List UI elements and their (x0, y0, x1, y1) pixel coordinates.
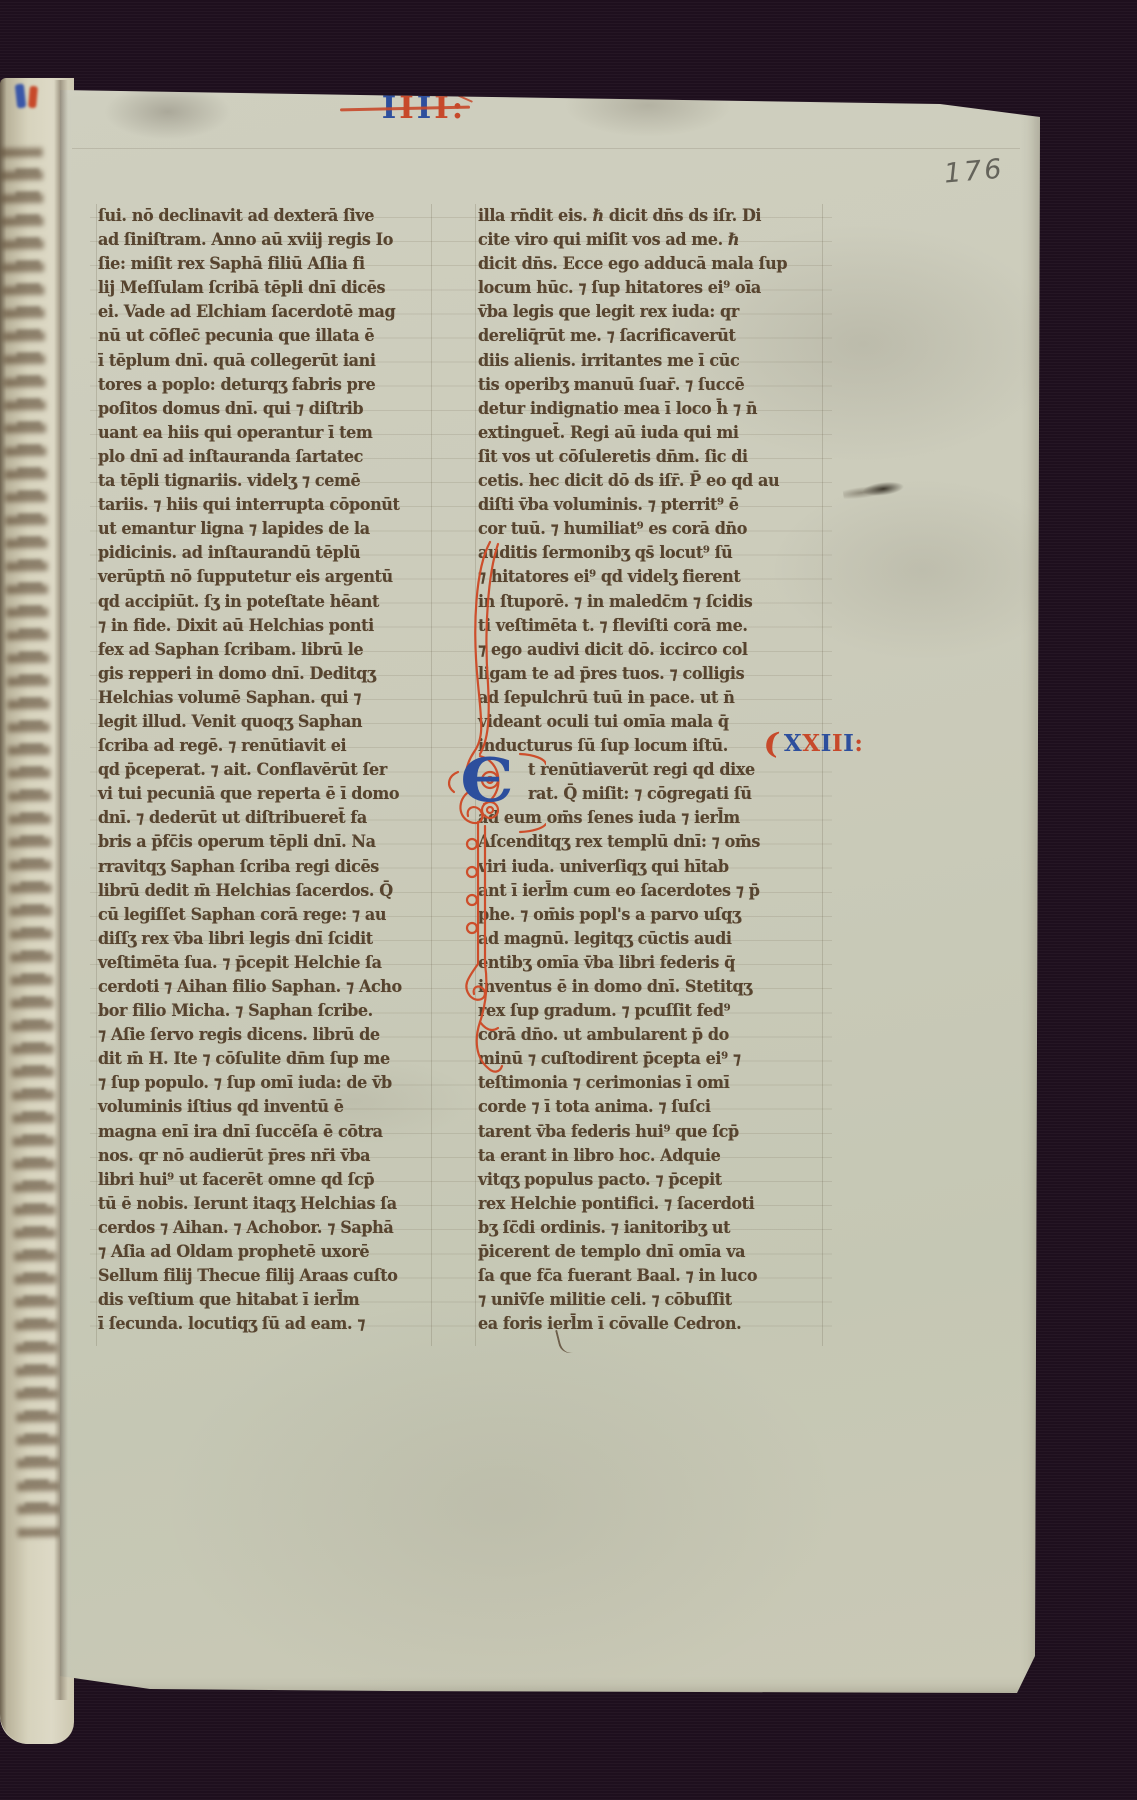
manuscript-line: v̄ba legis que legit rex iuda: qr (478, 300, 826, 325)
manuscript-line: qd accipiūt. ſʒ in poteſtate hēant (98, 589, 440, 614)
manuscript-line: diſti v̄ba voluminis. ⁊ pterrit⁹ ē (478, 493, 826, 518)
manuscript-line: vitqʒ populus pacto. ⁊ p̄cepit (478, 1167, 826, 1192)
manuscript-line: bris a p̄fc̄is operum tēpli dnī. Na (98, 830, 440, 855)
manuscript-line: lij Meſſulam ſcribā tēpli dnī dicēs (98, 276, 440, 301)
illuminated-initial-E: Є (450, 748, 524, 818)
manuscript-line: gis repperi in domo dnī. Deditqʒ (98, 661, 440, 686)
manuscript-line: tū ē nobis. Ierunt itaqʒ Helchias ſa (98, 1191, 440, 1216)
manuscript-line: ta erant in libro hoc. Adquie (478, 1143, 826, 1168)
folio-number: 176 (943, 153, 1006, 189)
manuscript-line: nū ut cōflec̄ pecunia que illata ē (98, 324, 440, 349)
manuscript-line: dnī. ⁊ dederūt ut diſtribueret̄ fa (98, 806, 440, 831)
manuscript-line: cerdoti ⁊ Aihan filio Saphan. ⁊ Acho (98, 975, 440, 1000)
manuscript-line: ⁊ ſup populo. ⁊ ſup omī iuda: de v̄b (98, 1071, 440, 1096)
manuscript-line: ad ſiniſtram. Anno aū xviij regis Io (98, 228, 440, 253)
manuscript-line: voluminis iſtius qd inventū ē (98, 1095, 440, 1120)
chapter-letter: X (784, 730, 802, 757)
chapter-letter: I (821, 730, 832, 757)
manuscript-line: ſie: miſit rex Saphā filiū Aſlia fi (98, 252, 440, 277)
manuscript-line: ⁊ Aſie ſervo regis dicens. librū de (98, 1023, 440, 1048)
manuscript-line: tariis. ⁊ hiis qui interrupta cōponūt (98, 493, 440, 518)
manuscript-line: dis veſtium que hitabat ī ierl̄m (98, 1288, 440, 1313)
manuscript-line: Sellum filij Thecue filij Araas cuſto (98, 1264, 440, 1289)
manuscript-line: bor filio Micha. ⁊ Saphan ſcribe. (98, 999, 440, 1024)
manuscript-line: diſſʒ rex v̄ba libri legis dnī ſcidit (98, 926, 440, 951)
manuscript-line: illa rn̄dit eis. ℏ dicit dn̄s ds iſr. Di (478, 204, 826, 229)
manuscript-line: locum hūc. ⁊ ſup hitatores ei⁹ oīa (478, 276, 826, 301)
manuscript-line: bʒ ſc̄di ordinis. ⁊ ianitoribʒ ut (478, 1216, 826, 1241)
chapter-numeral-letters: XXIII: (775, 730, 863, 757)
manuscript-line: plo dnī ad inſtauranda ſartatec (98, 445, 440, 470)
manuscript-line: cerdos ⁊ Aihan. ⁊ Achobor. ⁊ Saphā (98, 1216, 440, 1241)
previous-page-header-fragment (16, 84, 50, 112)
manuscript-line: poſitos domus dnī. qui ⁊ diſtrib (98, 396, 440, 421)
manuscript-photo: IIII: 176 ſui. nō declinavit ad dexterā … (0, 0, 1137, 1800)
manuscript-line: nos. qr nō audierūt p̄res nr̄i v̄ba (98, 1143, 440, 1168)
chapter-numeral-xxiii: ( XXIII: (766, 730, 863, 757)
top-margin-ruling (72, 148, 1020, 149)
manuscript-line: ſui. nō declinavit ad dexterā ſive (98, 204, 440, 229)
text-column-left: ſui. nō declinavit ad dexterā ſivead ſin… (98, 204, 440, 1336)
running-header: IIII: (344, 88, 504, 128)
manuscript-line: ⁊ Aſia ad Oldam prophetē uxorē (98, 1240, 440, 1265)
manuscript-line: ſcriba ad regē. ⁊ renūtiavit ei (98, 734, 440, 759)
manuscript-line: ⁊ in fide. Dixit aū Helchias ponti (98, 613, 440, 638)
manuscript-line: rravitqʒ Saphan ſcriba regi dicēs (98, 854, 440, 879)
manuscript-line: ta tēpli tignariis. videlʒ ⁊ cemē (98, 469, 440, 494)
manuscript-line: rex Helchie pontifici. ⁊ ſacerdoti (478, 1191, 826, 1216)
manuscript-line: detur indignatio mea ī loco h̄ ⁊ n̄ (478, 396, 826, 421)
manuscript-line: corde ⁊ ī tota anima. ⁊ ſuſci (478, 1095, 826, 1120)
manuscript-line: dereliq̄rūt me. ⁊ ſacrificaverūt (478, 324, 826, 349)
manuscript-line: veſtimēta ſua. ⁊ p̄cepit Helchie ſa (98, 951, 440, 976)
ink-smear (842, 475, 906, 504)
manuscript-line: ſa que fc̄a fuerant Baal. ⁊ in luco (478, 1264, 826, 1289)
manuscript-line: Helchias volumē Saphan. qui ⁊ (98, 686, 440, 711)
manuscript-line: pidicinis. ad inſtaurandū tēplū (98, 541, 440, 566)
manuscript-line: vi tui pecuniā que reperta ē ī domo (98, 782, 440, 807)
manuscript-line: cū legiſſet Saphan corā rege: ⁊ au (98, 902, 440, 927)
chapter-letter: I (843, 730, 854, 757)
manuscript-line: tarent v̄ba federis hui⁹ que ſcp̄ (478, 1119, 826, 1144)
chapter-letter: X (802, 730, 820, 757)
manuscript-line: libri hui⁹ ut facerēt omne qd ſcp̄ (98, 1167, 440, 1192)
manuscript-line: p̄icerent de templo dnī omīa va (478, 1240, 826, 1265)
manuscript-line: uant ea hiis qui operantur ī tem (98, 420, 440, 445)
chapter-letter: : (854, 730, 863, 757)
manuscript-line: ut emantur ligna ⁊ lapides de la (98, 517, 440, 542)
manuscript-line: legit illud. Venit quoqʒ Saphan (98, 710, 440, 735)
manuscript-line: magna enī ira dnī ſuccēſa ē cōtra (98, 1119, 440, 1144)
manuscript-line: ſit vos ut cōſuleretis dn̄m. ſic di (478, 445, 826, 470)
manuscript-line: librū dedit m̄ Helchias ſacerdos. Q̄ (98, 878, 440, 903)
parchment-page: IIII: 176 ſui. nō declinavit ad dexterā … (60, 86, 1040, 1698)
manuscript-line: tis operibʒ manuū ſuar̄. ⁊ ſuccē (478, 372, 826, 397)
manuscript-line: tores a poplo: deturqʒ fabris pre (98, 372, 440, 397)
manuscript-line: extinguet̄. Regi aū iuda qui mi (478, 420, 826, 445)
manuscript-line: ei. Vade ad Elchiam ſacerdotē mag (98, 300, 440, 325)
vertical-ruling (96, 204, 97, 1346)
manuscript-line: qd p̄ceperat. ⁊ ait. Conflavērūt ſer (98, 758, 440, 783)
manuscript-line: cetis. hec dicit dō ds iſr̄. P̄ eo qd au (478, 469, 826, 494)
chapter-letter: I (832, 730, 843, 757)
manuscript-line: cite viro qui miſit vos ad me. ℏ (478, 228, 826, 253)
manuscript-line: ⁊ univ̄ſe militie celi. ⁊ cōbuſſit (478, 1288, 826, 1313)
manuscript-line: dit m̄ H. Ite ⁊ cōſulite dn̄m ſup me (98, 1047, 440, 1072)
manuscript-line: fex ad Saphan ſcribam. librū le (98, 637, 440, 662)
manuscript-line: ī ſecunda. locutiqʒ ſū ad eam. ⁊ (98, 1312, 440, 1337)
gutter-seam-shadow (54, 80, 68, 1700)
manuscript-line: ea foris ierl̄m ī cōvalle Cedron. (478, 1312, 826, 1337)
manuscript-line: verūptn̄ nō ſupputetur eis argentū (98, 565, 440, 590)
manuscript-line: ī tēplum dnī. quā collegerūt iani (98, 348, 440, 373)
manuscript-line: diis alienis. irritantes me ī cūc (478, 348, 826, 373)
manuscript-line: dicit dn̄s. Ecce ego adducā mala ſup (478, 252, 826, 277)
